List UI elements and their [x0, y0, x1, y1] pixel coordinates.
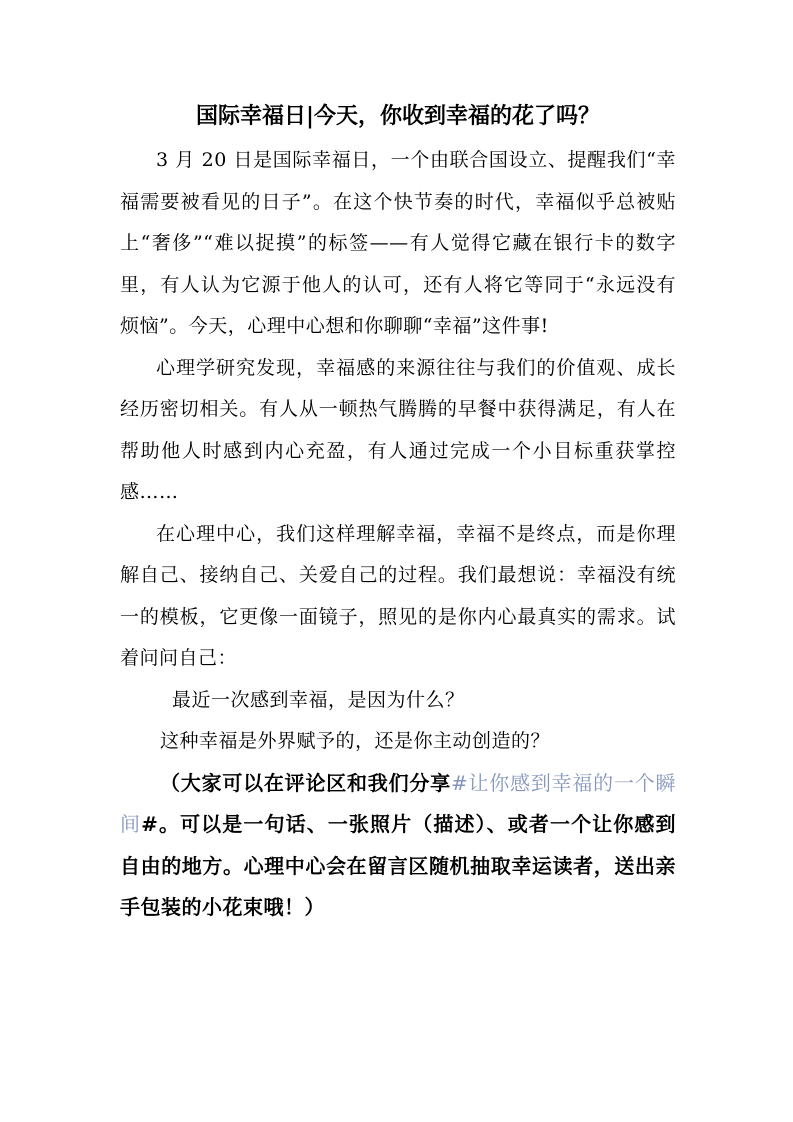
document-content: 国际幸福日|今天，你收到幸福的花了吗？ 3 月 20 日是国际幸福日，一个由联合… [120, 94, 676, 929]
note-prefix: （大家可以在评论区和我们分享 [160, 771, 451, 795]
paragraph-intro: 3 月 20 日是国际幸福日，一个由联合国设立、提醒我们“幸福需要被看见的日子”… [120, 140, 676, 348]
question-line-2: 这种幸福是外界赋予的，还是你主动创造的？ [120, 721, 676, 763]
paragraph-psychology: 心理学研究发现，幸福感的来源往往与我们的价值观、成长经历密切相关。有人从一顿热气… [120, 348, 676, 514]
document-title: 国际幸福日|今天，你收到幸福的花了吗？ [120, 94, 676, 138]
paragraph-center-view: 在心理中心，我们这样理解幸福，幸福不是终点，而是你理解自己、接纳自己、关爱自己的… [120, 514, 676, 680]
paragraph-note: （大家可以在评论区和我们分享#让你感到幸福的一个瞬间#。可以是一句话、一张照片（… [120, 763, 676, 929]
document-page: 国际幸福日|今天，你收到幸福的花了吗？ 3 月 20 日是国际幸福日，一个由联合… [0, 0, 793, 1122]
question-line-1: 最近一次感到幸福，是因为什么？ [120, 680, 676, 722]
note-suffix: #。可以是一句话、一张照片（描述）、或者一个让你感到自由的地方。心理中心会在留言… [120, 812, 676, 919]
